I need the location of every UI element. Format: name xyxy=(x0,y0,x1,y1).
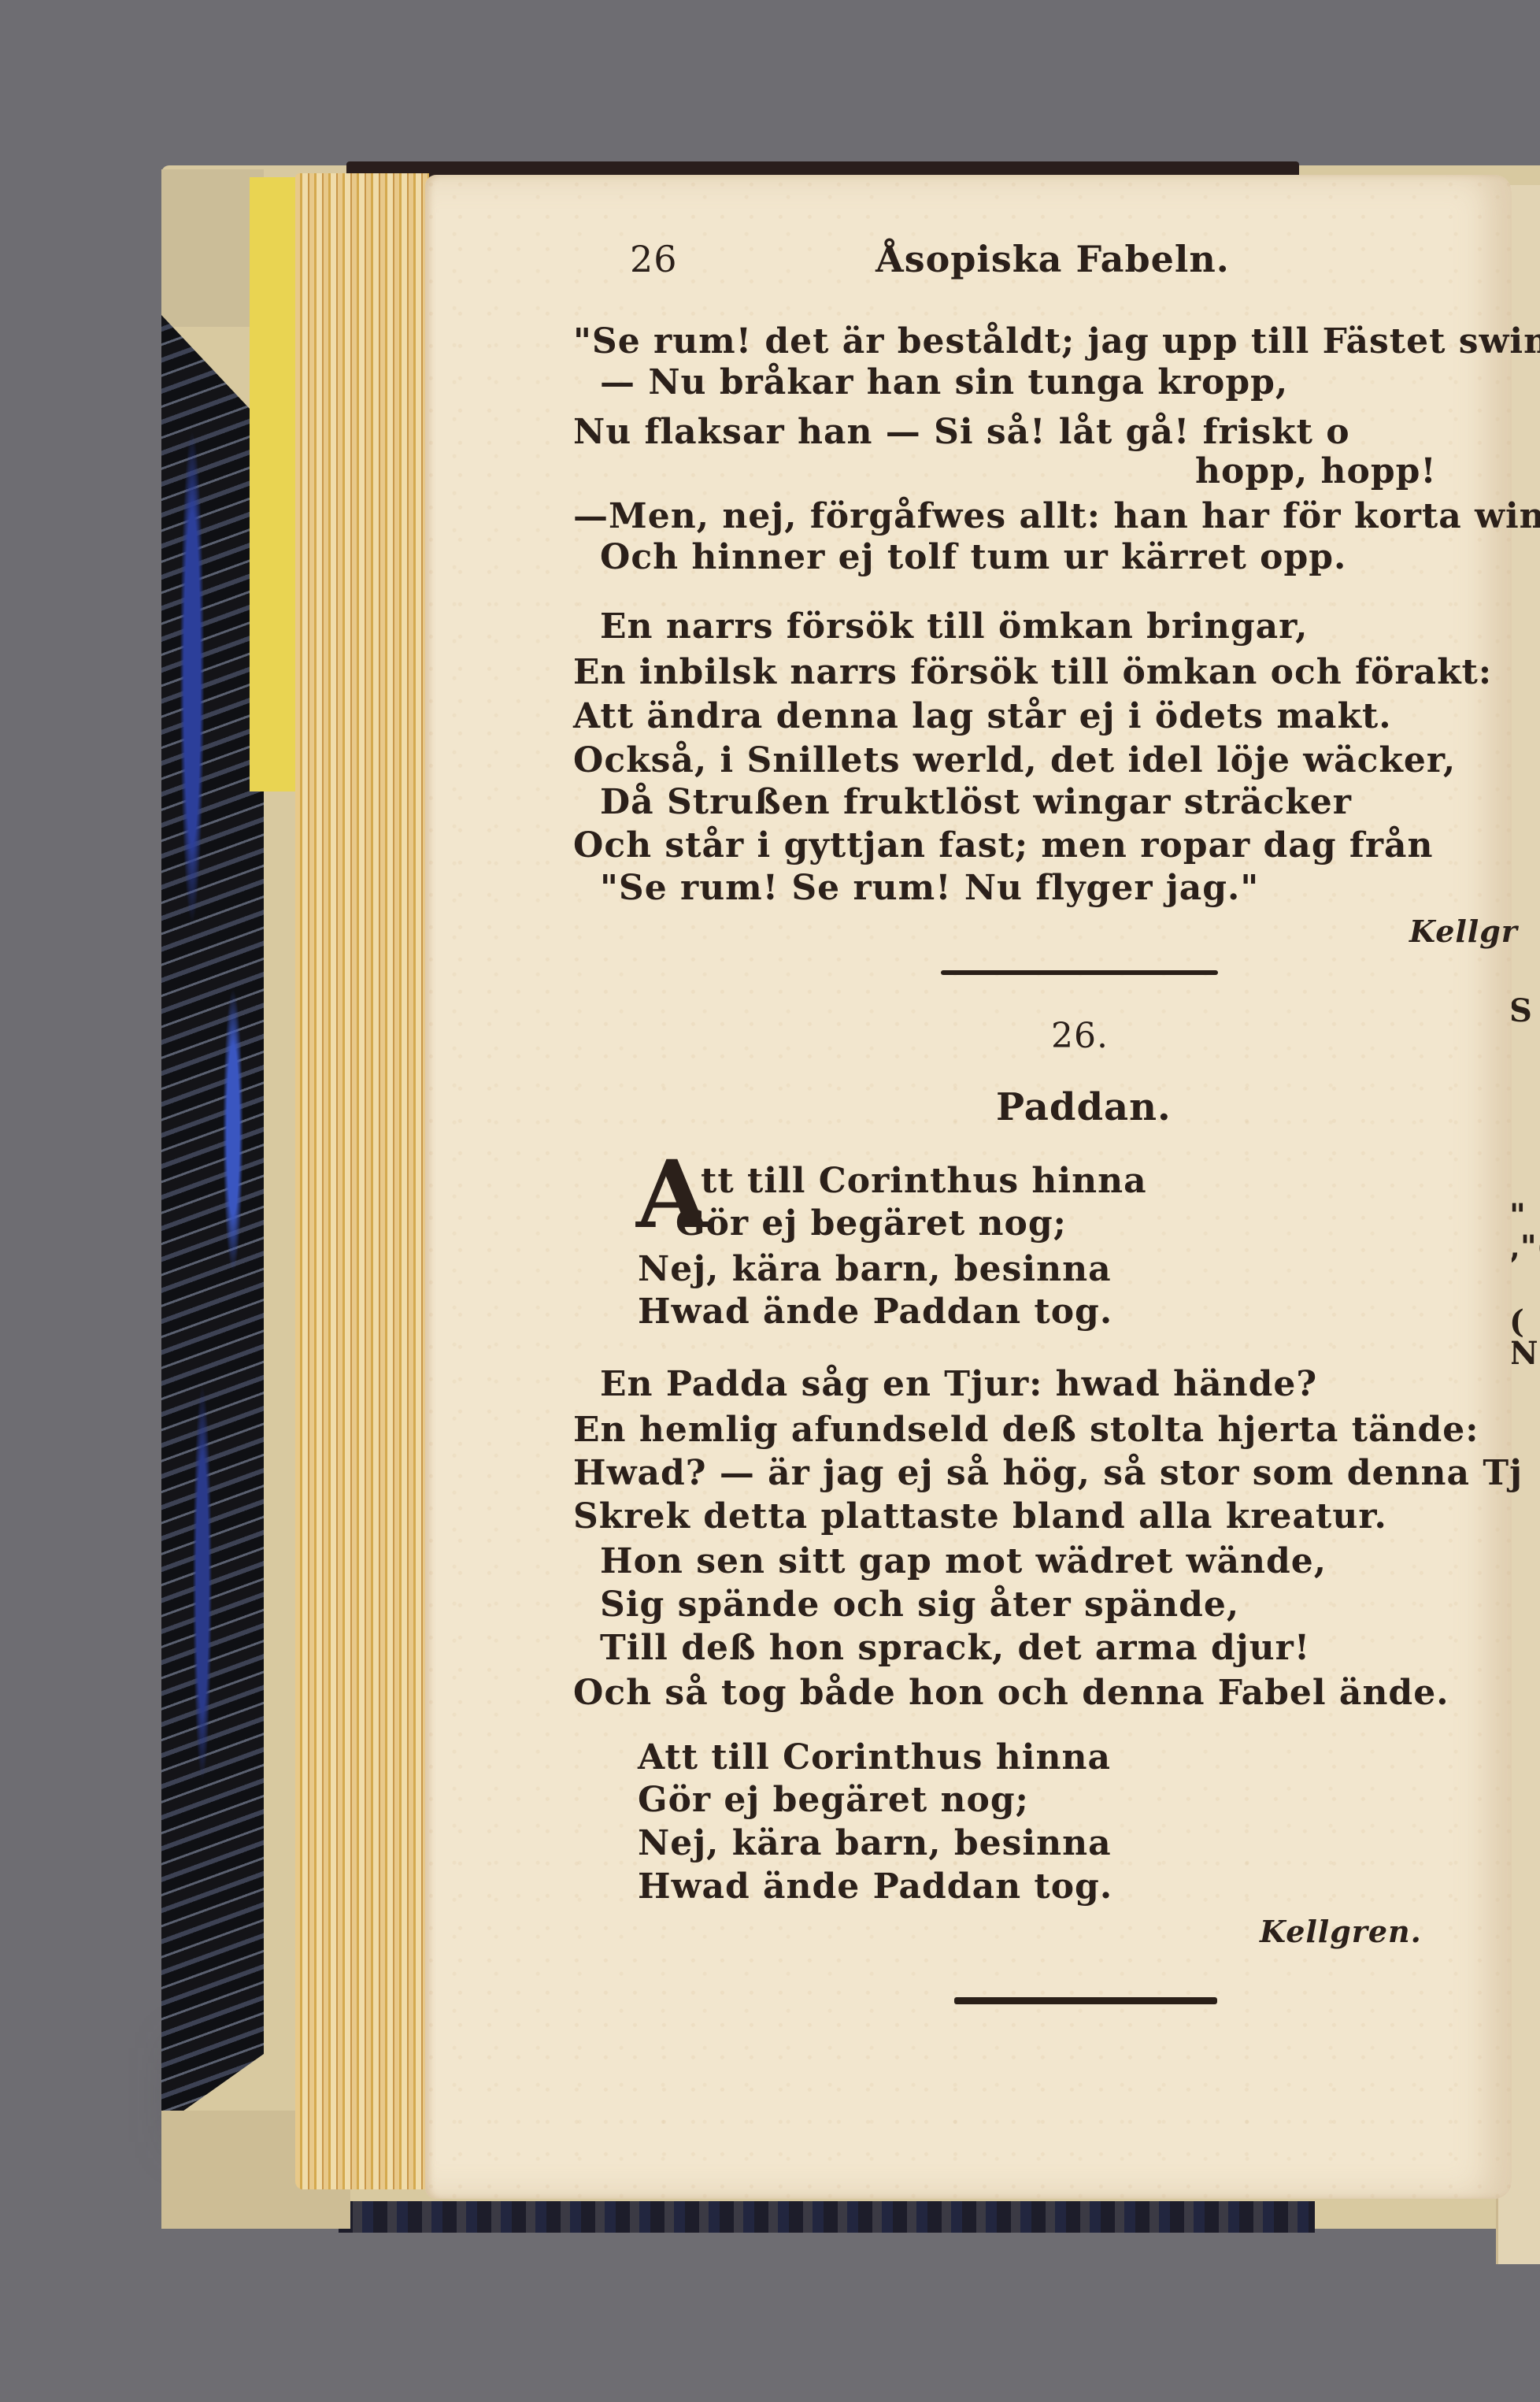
verse-line: "Se rum! det är beståldt; jag upp till F… xyxy=(573,321,1540,361)
verse-line: Också, i Snillets werld, det idel löje w… xyxy=(573,740,1456,780)
verse-line: Sig spände och sig åter spände, xyxy=(600,1585,1239,1625)
verse-line: Och står i gyttjan fast; men ropar dag f… xyxy=(573,825,1434,866)
adjacent-fragment: N xyxy=(1509,1335,1538,1372)
verse-line: En narrs försök till ömkan bringar, xyxy=(600,606,1308,647)
verse-line: En hemlig afundseld deß stolta hjerta tä… xyxy=(573,1410,1479,1450)
page-number: 26 xyxy=(630,238,678,280)
verse-line: Och hinner ej tolf tum ur kärret opp. xyxy=(600,537,1346,577)
running-title: Åsopiska Fabeln. xyxy=(876,238,1230,280)
verse-line: — Nu bråkar han sin tunga kropp, xyxy=(600,362,1288,402)
verse-line: En Padda såg en Tjur: hwad hände? xyxy=(600,1364,1317,1404)
verse-line: Gör ej begäret nog; xyxy=(638,1780,1029,1820)
verse-line: Hon sen sitt gap mot wädret wände, xyxy=(600,1541,1327,1581)
cover-bottom-edge xyxy=(339,2201,1315,2233)
verse-line: Nej, kära barn, besinna xyxy=(638,1823,1112,1863)
verse-line: Gör ej begäret nog; xyxy=(676,1203,1067,1244)
verse-line: "Se rum! Se rum! Nu flyger jag." xyxy=(600,868,1259,908)
verse-line: Hwad ände Paddan tog. xyxy=(638,1866,1112,1907)
author-signature: Kellgren. xyxy=(1260,1914,1422,1949)
verse-line: Nej, kära barn, besinna xyxy=(638,1249,1112,1289)
verse-line: Till deß hon sprack, det arma djur! xyxy=(600,1628,1310,1668)
verse-line: En inbilsk narrs försök till ömkan och f… xyxy=(573,652,1492,692)
yellow-bookmark-leaf xyxy=(250,177,298,791)
end-rule xyxy=(954,1997,1217,2004)
leather-corner-top xyxy=(161,169,264,327)
verse-line: Skrek detta plattaste bland alla kreatur… xyxy=(573,1496,1387,1536)
section-rule xyxy=(941,970,1218,975)
verse-line: Nu flaksar han — Si så! låt gå! friskt o xyxy=(573,412,1350,452)
verse-line: Hwad? — är jag ej så hög, så stor som de… xyxy=(573,1453,1523,1493)
adjacent-fragment: S xyxy=(1509,992,1532,1029)
verse-line: tt till Corinthus hinna xyxy=(701,1161,1147,1201)
verse-line: Att till Corinthus hinna xyxy=(638,1737,1111,1777)
verse-line: Hwad ände Paddan tog. xyxy=(638,1292,1112,1332)
page-stack-edges xyxy=(295,173,429,2189)
verse-line: Och så tog både hon och denna Fabel ände… xyxy=(573,1673,1449,1713)
fable-title: Paddan. xyxy=(996,1085,1172,1129)
verse-line: Då Strußen fruktlöst wingar sträcker xyxy=(600,782,1352,822)
verse-line: Att ändra denna lag står ej i ödets makt… xyxy=(573,696,1392,736)
verse-line: hopp, hopp! xyxy=(1195,451,1437,491)
fable-number: 26. xyxy=(1051,1016,1109,1056)
adjacent-fragment: ,"( xyxy=(1509,1229,1540,1266)
author-signature: Kellgr xyxy=(1409,914,1518,949)
verse-line: —Men, nej, förgåfwes allt: han har för k… xyxy=(573,496,1540,536)
marbled-endpaper xyxy=(161,315,264,2126)
